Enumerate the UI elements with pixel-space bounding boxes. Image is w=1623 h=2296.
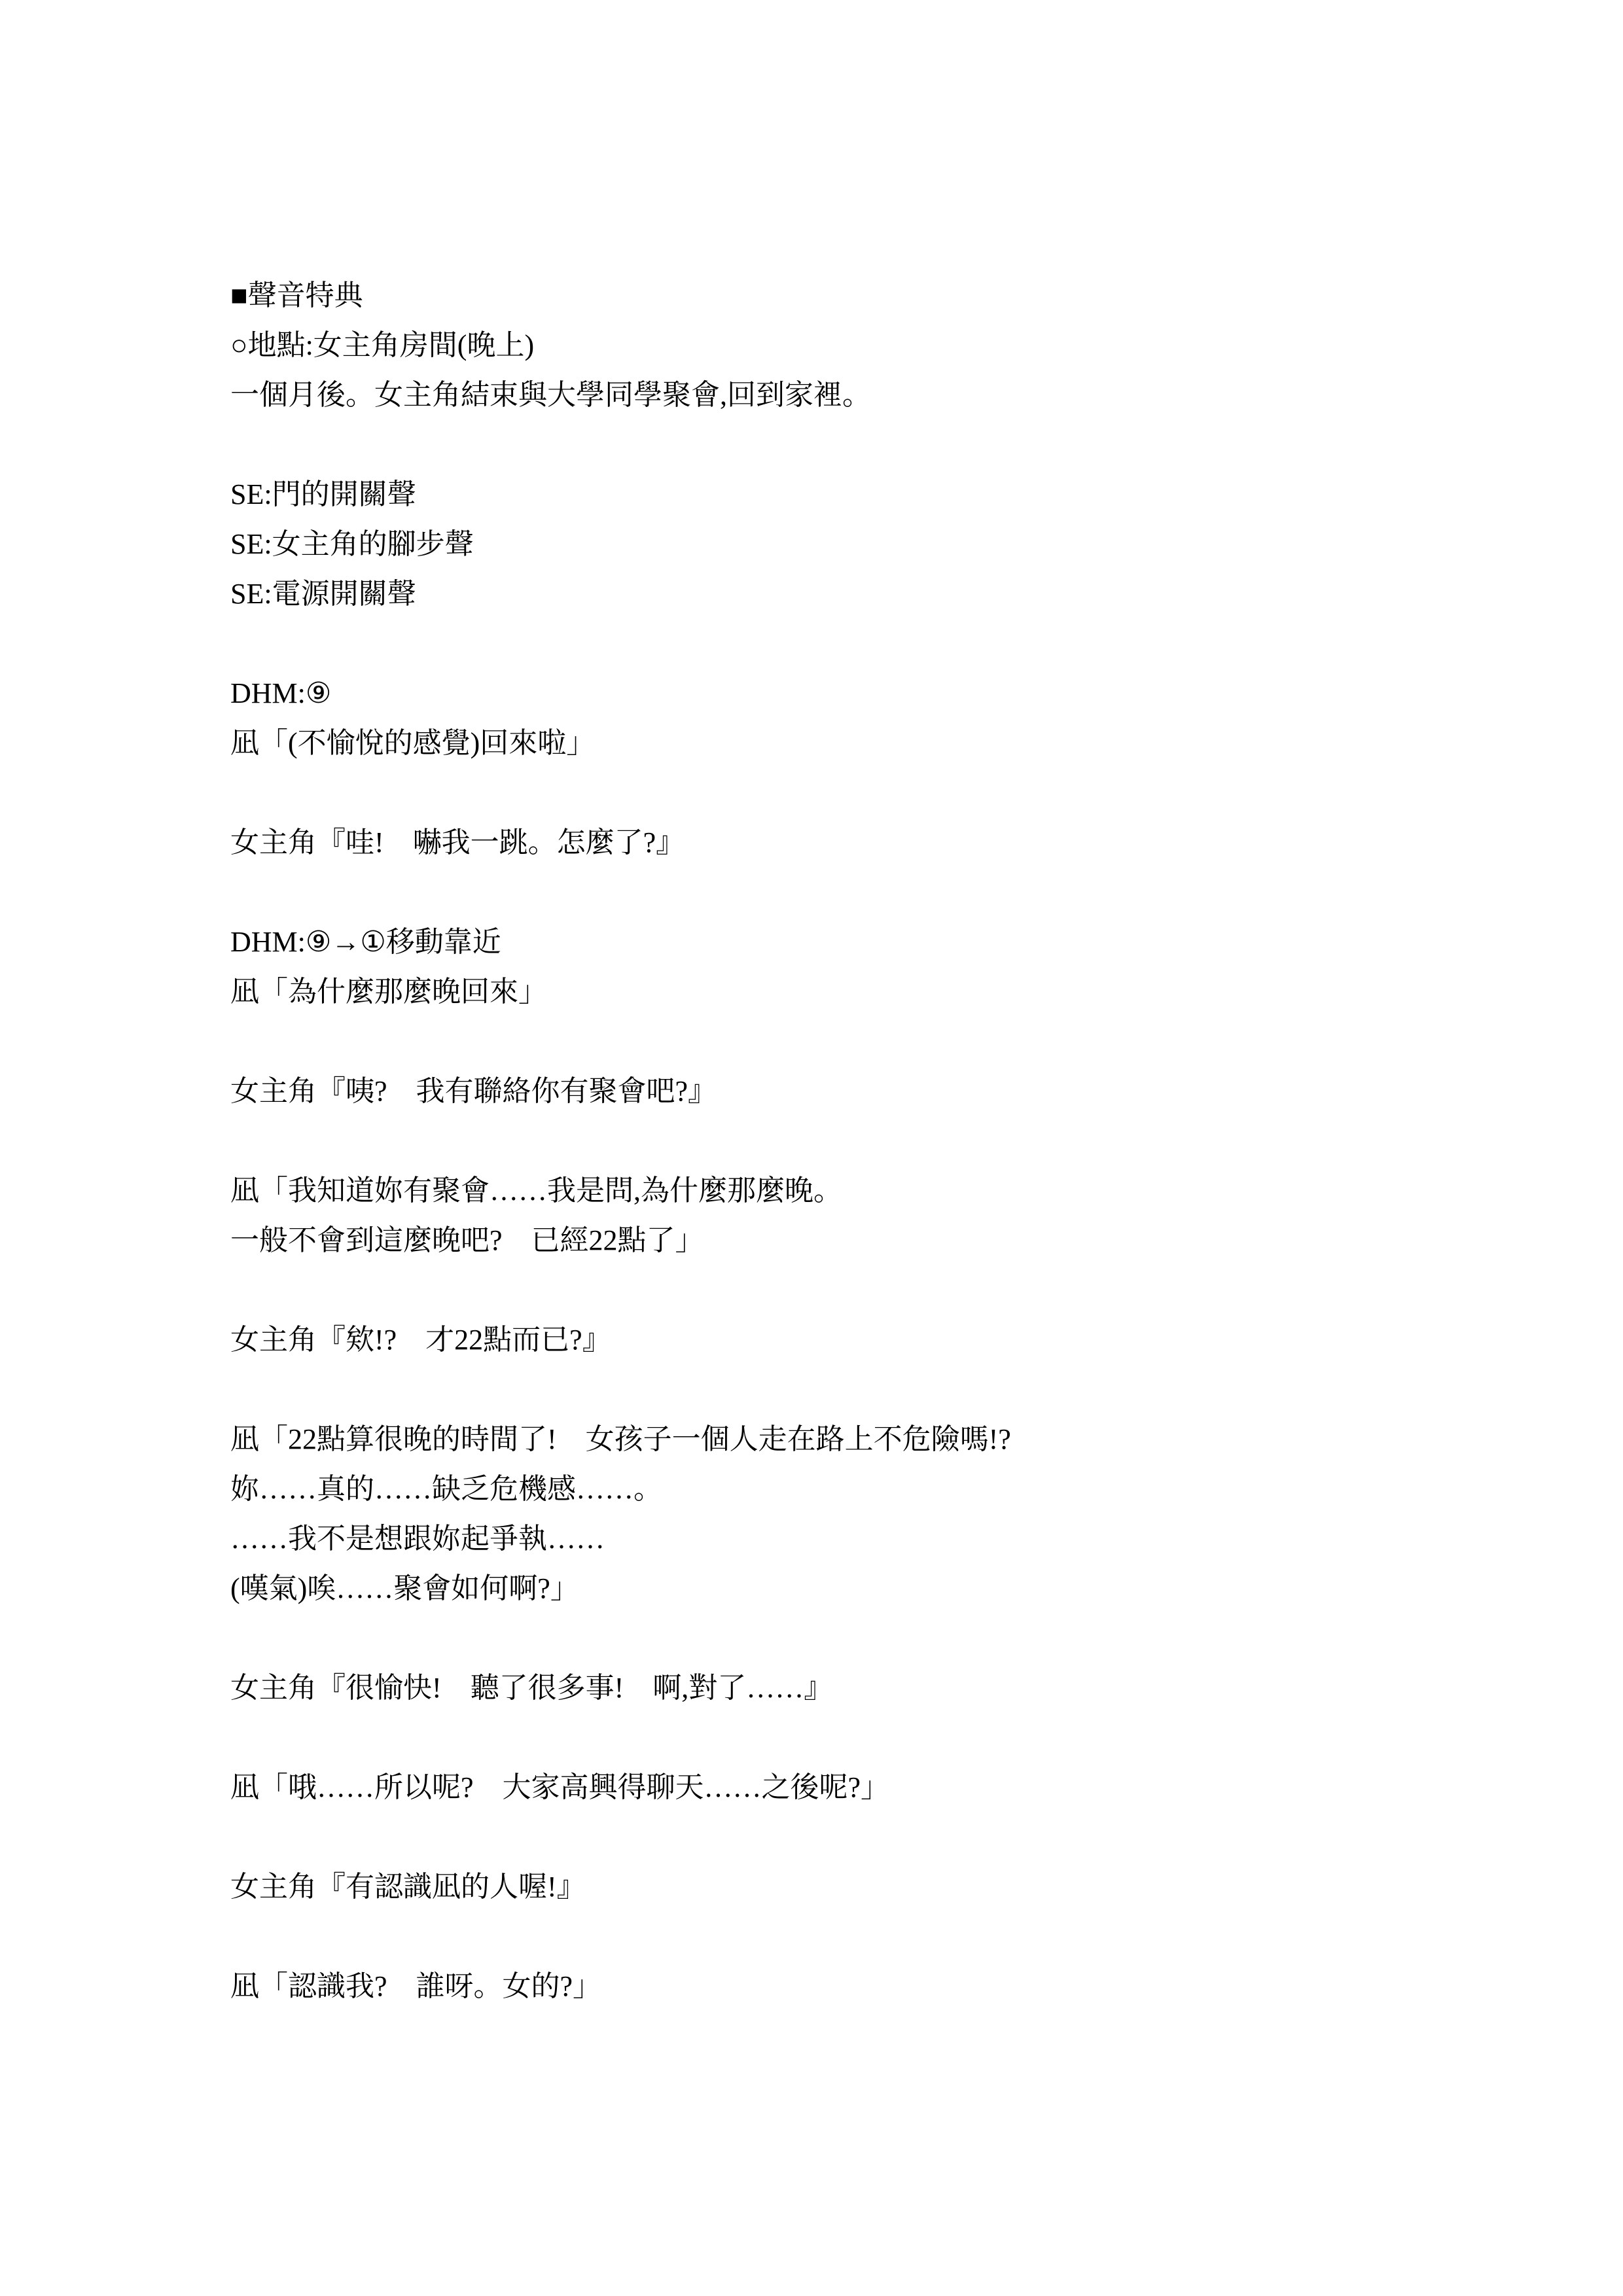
scene-header: ■聲音特典○地點:女主角房間(晚上)一個月後。女主角結束與大學同學聚會,回到家裡… xyxy=(230,271,1533,420)
script-text-block: ■聲音特典○地點:女主角房間(晚上)一個月後。女主角結束與大學同學聚會,回到家裡… xyxy=(230,271,1533,2011)
nagi-dialogue: 凪「認識我? 誰呀。女的?」 xyxy=(230,1962,1533,2011)
cue-and-dialogue: DHM:⑨凪「(不愉悅的感覺)回來啦」 xyxy=(230,669,1533,768)
dhm-cue: DHM:⑨ xyxy=(230,669,1533,718)
nagi-line: 妳……真的……缺乏危機感……。 xyxy=(230,1464,1533,1514)
nagi-line: 凪「我知道妳有聚會……我是問,為什麼那麼晚。 xyxy=(230,1166,1533,1216)
document-page: ■聲音特典○地點:女主角房間(晚上)一個月後。女主角結束與大學同學聚會,回到家裡… xyxy=(0,0,1623,2296)
section-title: ■聲音特典 xyxy=(230,271,1533,321)
se-footsteps: SE:女主角的腳步聲 xyxy=(230,520,1533,569)
nagi-dialogue: 凪「我知道妳有聚會……我是問,為什麼那麼晚。一般不會到這麼晚吧? 已經22點了」 xyxy=(230,1166,1533,1265)
dhm-cue: DHM:⑨→①移動靠近 xyxy=(230,917,1533,967)
heroine-line: 女主角『哇! 嚇我一跳。怎麼了?』 xyxy=(230,818,1533,868)
nagi-line: ……我不是想跟妳起爭執…… xyxy=(230,1514,1533,1564)
nagi-line: 凪「認識我? 誰呀。女的?」 xyxy=(230,1962,1533,2011)
heroine-dialogue: 女主角『欸!? 才22點而已?』 xyxy=(230,1315,1533,1365)
nagi-line: 凪「(不愉悅的感覺)回來啦」 xyxy=(230,718,1533,768)
se-power-switch: SE:電源開關聲 xyxy=(230,569,1533,619)
scene-description: 一個月後。女主角結束與大學同學聚會,回到家裡。 xyxy=(230,370,1533,420)
nagi-dialogue: 凪「22點算很晚的時間了! 女孩子一個人走在路上不危險嗎!?妳……真的……缺乏危… xyxy=(230,1415,1533,1614)
heroine-line: 女主角『咦? 我有聯絡你有聚會吧?』 xyxy=(230,1067,1533,1116)
cue-and-dialogue: DHM:⑨→①移動靠近凪「為什麼那麼晚回來」 xyxy=(230,917,1533,1017)
heroine-dialogue: 女主角『很愉快! 聽了很多事! 啊,對了……』 xyxy=(230,1663,1533,1713)
nagi-dialogue: 凪「哦……所以呢? 大家高興得聊天……之後呢?」 xyxy=(230,1763,1533,1812)
heroine-dialogue: 女主角『哇! 嚇我一跳。怎麼了?』 xyxy=(230,818,1533,868)
nagi-line: (嘆氣)唉……聚會如何啊?」 xyxy=(230,1564,1533,1614)
heroine-line: 女主角『有認識凪的人喔!』 xyxy=(230,1862,1533,1912)
heroine-line: 女主角『很愉快! 聽了很多事! 啊,對了……』 xyxy=(230,1663,1533,1713)
heroine-dialogue: 女主角『有認識凪的人喔!』 xyxy=(230,1862,1533,1912)
se-door: SE:門的開關聲 xyxy=(230,470,1533,520)
nagi-line: 一般不會到這麼晚吧? 已經22點了」 xyxy=(230,1216,1533,1265)
sound-effects: SE:門的開關聲SE:女主角的腳步聲SE:電源開關聲 xyxy=(230,470,1533,619)
nagi-line: 凪「為什麼那麼晚回來」 xyxy=(230,967,1533,1017)
heroine-line: 女主角『欸!? 才22點而已?』 xyxy=(230,1315,1533,1365)
scene-location: ○地點:女主角房間(晚上) xyxy=(230,321,1533,370)
heroine-dialogue: 女主角『咦? 我有聯絡你有聚會吧?』 xyxy=(230,1067,1533,1116)
nagi-line: 凪「22點算很晚的時間了! 女孩子一個人走在路上不危險嗎!? xyxy=(230,1415,1533,1464)
nagi-line: 凪「哦……所以呢? 大家高興得聊天……之後呢?」 xyxy=(230,1763,1533,1812)
